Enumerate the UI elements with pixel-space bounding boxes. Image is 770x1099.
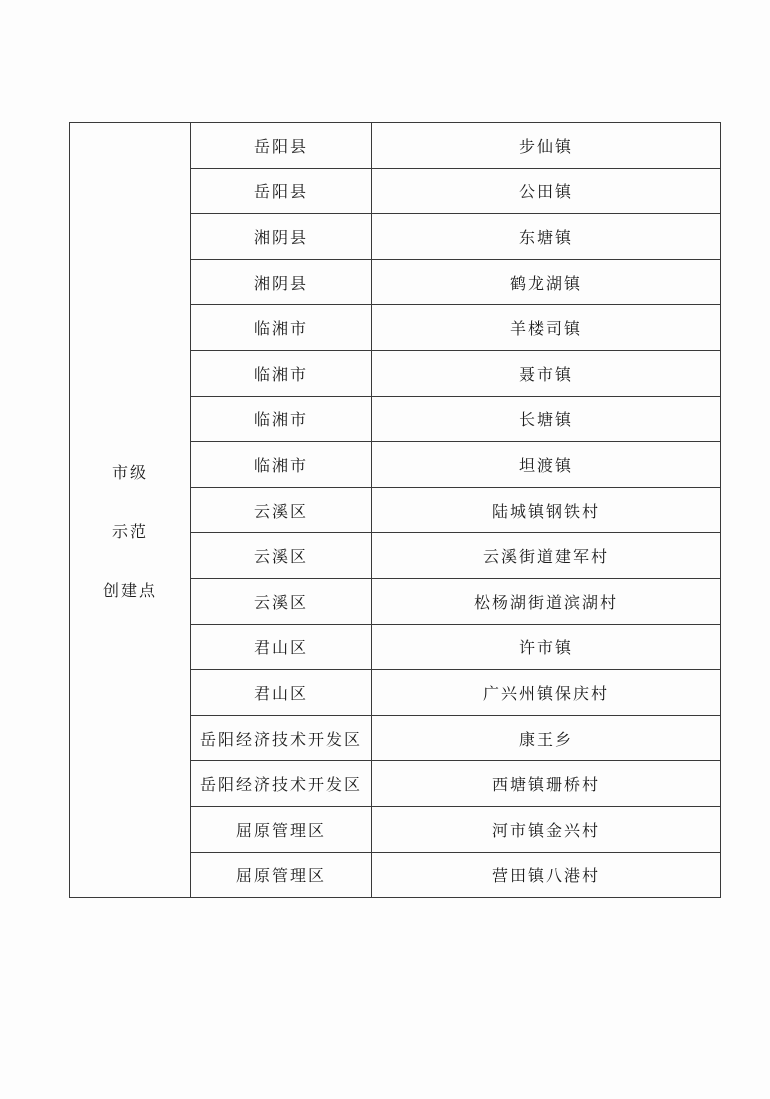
town-cell: 广兴州镇保庆村: [372, 670, 721, 716]
town-cell: 长塘镇: [372, 396, 721, 442]
document-page: 市级 示范 创建点 岳阳县 步仙镇 岳阳县公田镇 湘阴县东塘镇 湘阴县鹤龙湖镇 …: [0, 0, 770, 1099]
town-cell: 松杨湖街道滨湖村: [372, 578, 721, 624]
district-cell: 云溪区: [191, 487, 372, 533]
district-cell: 湘阴县: [191, 259, 372, 305]
district-cell: 君山区: [191, 624, 372, 670]
district-cell: 临湘市: [191, 305, 372, 351]
district-cell: 湘阴县: [191, 214, 372, 260]
town-cell: 羊楼司镇: [372, 305, 721, 351]
town-cell: 云溪街道建军村: [372, 533, 721, 579]
district-cell: 君山区: [191, 670, 372, 716]
town-cell: 鹤龙湖镇: [372, 259, 721, 305]
category-cell: 市级 示范 创建点: [70, 123, 191, 898]
town-cell: 康王乡: [372, 715, 721, 761]
district-cell: 屈原管理区: [191, 852, 372, 898]
town-cell: 西塘镇珊桥村: [372, 761, 721, 807]
town-cell: 步仙镇: [372, 123, 721, 169]
category-line: 创建点: [103, 578, 157, 601]
category-line: 市级: [112, 460, 148, 483]
town-cell: 坦渡镇: [372, 442, 721, 488]
district-cell: 临湘市: [191, 350, 372, 396]
district-cell: 岳阳县: [191, 123, 372, 169]
district-cell: 岳阳县: [191, 168, 372, 214]
district-cell: 云溪区: [191, 533, 372, 579]
town-cell: 许市镇: [372, 624, 721, 670]
demonstration-sites-table: 市级 示范 创建点 岳阳县 步仙镇 岳阳县公田镇 湘阴县东塘镇 湘阴县鹤龙湖镇 …: [69, 122, 721, 898]
town-cell: 公田镇: [372, 168, 721, 214]
district-cell: 临湘市: [191, 396, 372, 442]
table-row: 市级 示范 创建点 岳阳县 步仙镇: [70, 123, 721, 169]
district-cell: 岳阳经济技术开发区: [191, 715, 372, 761]
town-cell: 河市镇金兴村: [372, 806, 721, 852]
district-cell: 临湘市: [191, 442, 372, 488]
town-cell: 东塘镇: [372, 214, 721, 260]
town-cell: 聂市镇: [372, 350, 721, 396]
district-cell: 云溪区: [191, 578, 372, 624]
district-cell: 岳阳经济技术开发区: [191, 761, 372, 807]
category-line: 示范: [112, 519, 148, 542]
district-cell: 屈原管理区: [191, 806, 372, 852]
town-cell: 营田镇八港村: [372, 852, 721, 898]
town-cell: 陆城镇钢铁村: [372, 487, 721, 533]
